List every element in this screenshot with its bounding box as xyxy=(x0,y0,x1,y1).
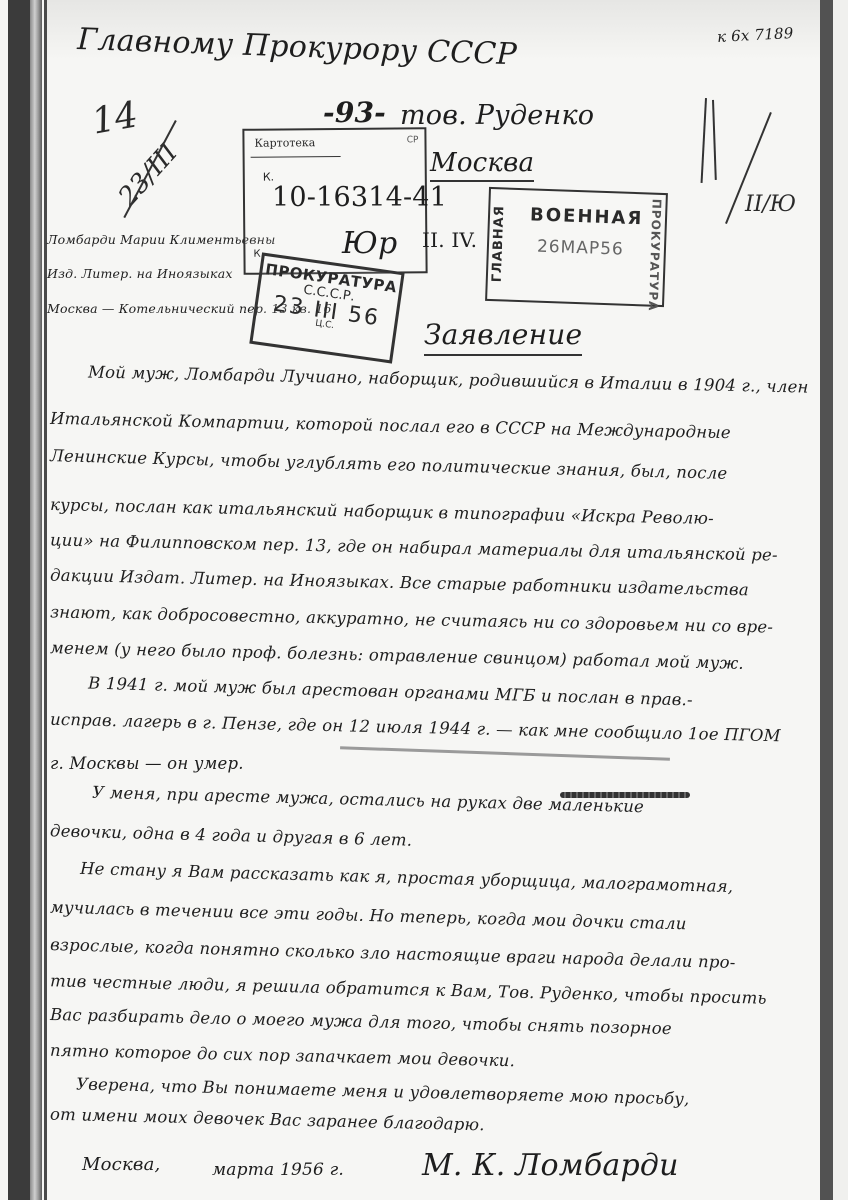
stamp-voennaya: ГЛАВНАЯ ВОЕННАЯ 26МАР56 ПРОКУРАТУРА xyxy=(485,187,668,307)
body-line: тив честные люди, я решила обратится к В… xyxy=(50,971,767,1008)
body-line: Вас разбирать дело о моего мужа для того… xyxy=(50,1005,672,1038)
document-number: -93- xyxy=(323,96,386,129)
body-line: Уверена, что Вы понимаете меня и удовлет… xyxy=(76,1075,690,1109)
kartoteka-handwritten-number: 10-16314-41 xyxy=(272,182,447,213)
stamp-voennaya-right: ПРОКУРАТУРА xyxy=(642,198,663,299)
closing-date: марта 1956 г. xyxy=(212,1160,344,1180)
body-line: курсы, послан как итальянский наборщик в… xyxy=(50,495,714,528)
body-line: Итальянской Компартии, которой послал ег… xyxy=(50,409,731,442)
stamp-rule xyxy=(251,156,341,158)
addressee-line-2: тов. Руденко xyxy=(400,100,594,131)
stamp-voennaya-left: ГЛАВНАЯ xyxy=(489,193,510,294)
body-line: У меня, при аресте мужа, остались на рук… xyxy=(92,783,644,816)
body-line: г. Москвы — он умер. xyxy=(50,754,244,773)
stamp-voennaya-date: 26МАР56 xyxy=(537,237,624,260)
scan-outer-margin xyxy=(833,0,848,1200)
margin-note-right: II/Ю xyxy=(745,192,796,217)
addressee-city: Москва xyxy=(430,148,534,182)
sender-workplace: Изд. Литер. на Иноязыках xyxy=(47,266,233,281)
body-line: менем (у него было проф. болезнь: отравл… xyxy=(50,638,744,673)
margin-stroke xyxy=(712,100,717,180)
body-line: мучилась в течении все эти годы. Но тепе… xyxy=(50,898,687,934)
body-line: девочки, одна в 4 года и другая в 6 лет. xyxy=(50,821,413,849)
scan-binding-edge-left xyxy=(8,0,30,1200)
signature: М. К. Ломбарди xyxy=(422,1148,679,1183)
stamp-kartoteka-corner: СР xyxy=(407,135,419,145)
body-line: дакции Издат. Литер. на Иноязыках. Все с… xyxy=(50,566,749,600)
document-heading: Заявление xyxy=(424,318,582,356)
margin-stroke xyxy=(701,98,707,183)
body-line: взрослые, когда понятно сколько зло наст… xyxy=(50,935,736,972)
kartoteka-date: II. IV. xyxy=(422,228,477,252)
closing-place: Москва, xyxy=(82,1154,160,1175)
body-line: от имени моих девочек Вас заранее благод… xyxy=(50,1105,485,1135)
scanned-document-page: к 6х 7189 Главному Прокурору СССР -93- т… xyxy=(0,0,848,1200)
body-line: пятно которое до сих пор запачкает мои д… xyxy=(50,1041,515,1071)
pencil-underline xyxy=(340,746,670,761)
stamp-voennaya-title: ВОЕННАЯ xyxy=(530,204,644,229)
scan-margin-line xyxy=(44,0,47,1200)
body-line: Мой муж, Ломбарди Лучиано, наборщик, род… xyxy=(88,362,809,396)
margin-note-diagonal: 23/III xyxy=(113,138,184,212)
body-line: знают, как добросовестно, аккуратно, не … xyxy=(50,602,773,636)
body-line: Ленинские Курсы, чтобы углублять его пол… xyxy=(50,446,728,483)
sender-name: Ломбарди Марии Климентьевны xyxy=(47,232,276,247)
kartoteka-initials: Юр xyxy=(342,226,397,261)
scan-binding-fold xyxy=(30,0,42,1200)
body-line: ции» на Филипповском пер. 13, где он наб… xyxy=(50,530,778,564)
stamp-prokuratura: ПРОКУРАТУРА С.С.С.Р. 23 III 56 Ц.С. xyxy=(249,252,404,363)
scan-edge-right xyxy=(820,0,833,1200)
stamp-kartoteka-label: Картотека xyxy=(254,136,315,150)
body-line: исправ. лагерь в г. Пензе, где он 12 июл… xyxy=(50,710,781,746)
body-line: Не стану я Вам рассказать как я, простая… xyxy=(80,859,734,896)
margin-note-number: 14 xyxy=(89,94,141,142)
body-line: В 1941 г. мой муж был арестован органами… xyxy=(88,674,693,710)
